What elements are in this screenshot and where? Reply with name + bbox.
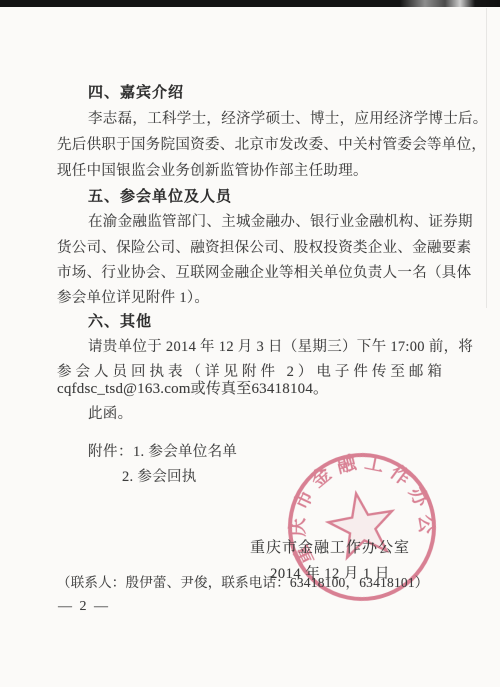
- doc-line: 请贵单位于 2014 年 12 月 3 日（星期三）下午 17:00 前，将: [88, 335, 473, 356]
- section-4-heading: 四、嘉宾介绍: [88, 81, 184, 102]
- doc-line: 市场、行业协会、互联网金融企业等相关单位负责人一名（具体: [57, 261, 471, 282]
- doc-line: 现任中国银监会业务创新监管协作部主任助理。: [57, 159, 368, 180]
- scan-artifact-vertical-line: [486, 8, 487, 308]
- doc-line: 货公司、保险公司、融资担保公司、股权投资类企业、金融要素: [57, 236, 471, 257]
- doc-line: 参会单位详见附件 1）。: [57, 286, 209, 307]
- section-5-heading: 五、参会单位及人员: [88, 185, 232, 206]
- email-fax-line: cqfdsc_tsd@163.com或传真至63418104。: [57, 377, 328, 398]
- signature-organization: 重庆市金融工作办公室: [240, 536, 420, 557]
- doc-line: 李志磊，工科学士，经济学硕士、博士，应用经济学博士后。: [88, 107, 488, 128]
- contact-line: （联系人：殷伊蕾、尹俊，联系电话：63418100，63418101）: [57, 571, 429, 591]
- doc-line: 在渝金融监管部门、主城金融办、银行业金融机构、证券期: [88, 210, 473, 231]
- attachment-item-1: 1. 参会单位名单: [133, 444, 237, 460]
- attachment-item-2: 2. 参会回执: [122, 465, 197, 486]
- attachments-label: 附件：: [88, 444, 133, 460]
- scanned-document-page: 四、嘉宾介绍 李志磊，工科学士，经济学硕士、博士，应用经济学博士后。 先后供职于…: [0, 0, 500, 687]
- attachment-line-1: 附件：1. 参会单位名单: [88, 440, 237, 461]
- official-seal: 重庆市金融工作办公室: [264, 429, 461, 626]
- scan-edge-artifact-top: [0, 0, 500, 7]
- doc-line: 先后供职于国务院国资委、北京市发改委、中关村管委会等单位，: [57, 133, 486, 154]
- section-6-heading: 六、其他: [88, 310, 152, 331]
- closing-line: 此函。: [88, 402, 132, 423]
- page-number: — 2 —: [58, 599, 110, 615]
